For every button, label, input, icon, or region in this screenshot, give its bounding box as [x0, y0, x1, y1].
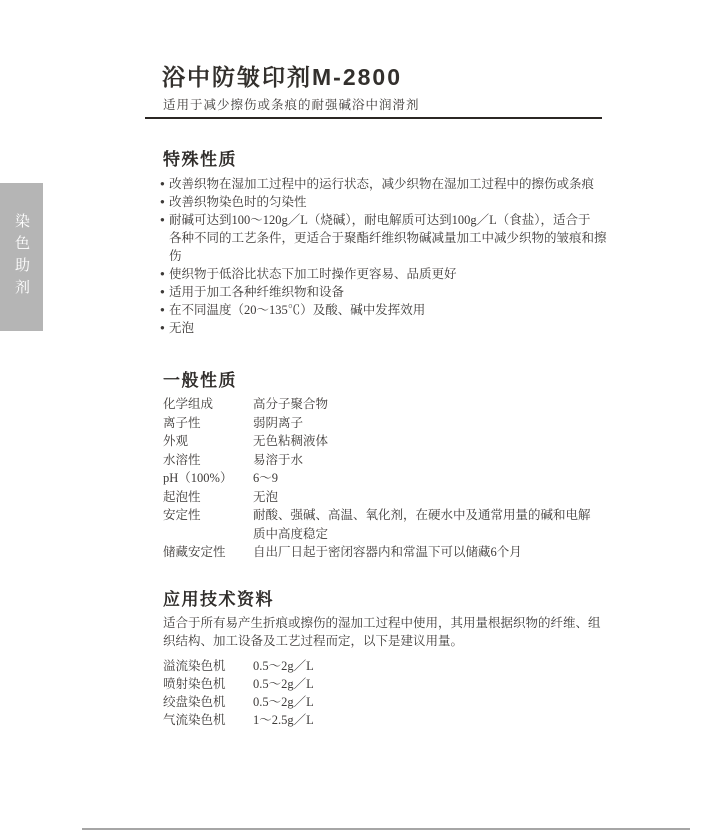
- property-value: 无色粘稠液体: [253, 432, 630, 451]
- section-heading-special-properties: 特殊性质: [163, 150, 630, 170]
- property-row: 外观 无色粘稠液体: [163, 432, 630, 451]
- property-label: 安定性: [163, 506, 253, 543]
- property-value: 耐酸、强碱、高温、氧化剂，在硬水中及通常用量的碱和电解 质中高度稳定: [253, 506, 630, 543]
- property-value: 弱阴离子: [253, 414, 630, 433]
- property-value: 无泡: [253, 488, 630, 507]
- special-property-item: 适用于加工各种纤维织物和设备: [160, 283, 630, 301]
- dosage-machine-label: 喷射染色机: [163, 675, 253, 693]
- section-heading-application-data: 应用技术资料: [163, 590, 630, 610]
- property-value: 高分子聚合物: [253, 395, 630, 414]
- property-label: 储藏安定性: [163, 543, 253, 562]
- property-label: pH（100%）: [163, 469, 253, 488]
- special-property-item: 在不同温度（20～135℃）及酸、碱中发挥效用: [160, 301, 630, 319]
- dosage-row: 喷射染色机 0.5～2g／L: [163, 675, 630, 693]
- property-value: 自出厂日起于密闭容器内和常温下可以储藏6个月: [253, 543, 630, 562]
- special-property-item: 使织物于低浴比状态下加工时操作更容易、品质更好: [160, 265, 630, 283]
- property-row: 储藏安定性 自出厂日起于密闭容器内和常温下可以储藏6个月: [163, 543, 630, 562]
- footer-rule: [82, 828, 690, 830]
- property-row: 安定性 耐酸、强碱、高温、氧化剂，在硬水中及通常用量的碱和电解 质中高度稳定: [163, 506, 630, 543]
- category-side-tab: 染色助剂: [0, 183, 43, 331]
- special-properties-list: 改善织物在湿加工过程中的运行状态，减少织物在湿加工过程中的擦伤或条痕 改善织物染…: [160, 175, 630, 337]
- dosage-machine-label: 溢流染色机: [163, 657, 253, 675]
- category-side-tab-label: 染色助剂: [14, 213, 29, 301]
- dosage-amount: 1～2.5g／L: [253, 711, 630, 729]
- property-row: 起泡性 无泡: [163, 488, 630, 507]
- property-row: 离子性 弱阴离子: [163, 414, 630, 433]
- property-label: 化学组成: [163, 395, 253, 414]
- dosage-amount: 0.5～2g／L: [253, 675, 630, 693]
- general-properties-table: 化学组成 高分子聚合物 离子性 弱阴离子 外观 无色粘稠液体 水溶性 易溶于水 …: [163, 395, 630, 562]
- dosage-table: 溢流染色机 0.5～2g／L 喷射染色机 0.5～2g／L 绞盘染色机 0.5～…: [163, 657, 630, 729]
- property-value: 6～9: [253, 469, 630, 488]
- property-label: 外观: [163, 432, 253, 451]
- datasheet-page: { "side_tab": { "label": "染色助剂" }, "page…: [0, 0, 727, 834]
- property-value: 易溶于水: [253, 451, 630, 470]
- property-row: 化学组成 高分子聚合物: [163, 395, 630, 414]
- property-label: 起泡性: [163, 488, 253, 507]
- property-row: 水溶性 易溶于水: [163, 451, 630, 470]
- special-property-item: 无泡: [160, 319, 630, 337]
- product-subtitle: 适用于减少擦伤或条痕的耐强碱浴中润滑剂: [163, 98, 630, 113]
- special-property-item: 耐碱可达到100～120g／L（烧碱），耐电解质可达到100g／L（食盐），适合…: [160, 211, 630, 265]
- content-column: 浴中防皱印剂M-2800 适用于减少擦伤或条痕的耐强碱浴中润滑剂 特殊性质 改善…: [160, 0, 630, 729]
- dosage-row: 溢流染色机 0.5～2g／L: [163, 657, 630, 675]
- dosage-machine-label: 气流染色机: [163, 711, 253, 729]
- dosage-amount: 0.5～2g／L: [253, 657, 630, 675]
- special-property-item: 改善织物染色时的匀染性: [160, 193, 630, 211]
- application-intro: 适合于所有易产生折痕或擦伤的湿加工过程中使用，其用量根据织物的纤维、组 织结构、…: [163, 614, 630, 650]
- dosage-row: 绞盘染色机 0.5～2g／L: [163, 693, 630, 711]
- dosage-row: 气流染色机 1～2.5g／L: [163, 711, 630, 729]
- property-label: 离子性: [163, 414, 253, 433]
- dosage-machine-label: 绞盘染色机: [163, 693, 253, 711]
- section-heading-general-properties: 一般性质: [163, 371, 630, 391]
- product-title: 浴中防皱印剂M-2800: [162, 64, 630, 91]
- property-row: pH（100%） 6～9: [163, 469, 630, 488]
- property-label: 水溶性: [163, 451, 253, 470]
- special-property-item: 改善织物在湿加工过程中的运行状态，减少织物在湿加工过程中的擦伤或条痕: [160, 175, 630, 193]
- dosage-amount: 0.5～2g／L: [253, 693, 630, 711]
